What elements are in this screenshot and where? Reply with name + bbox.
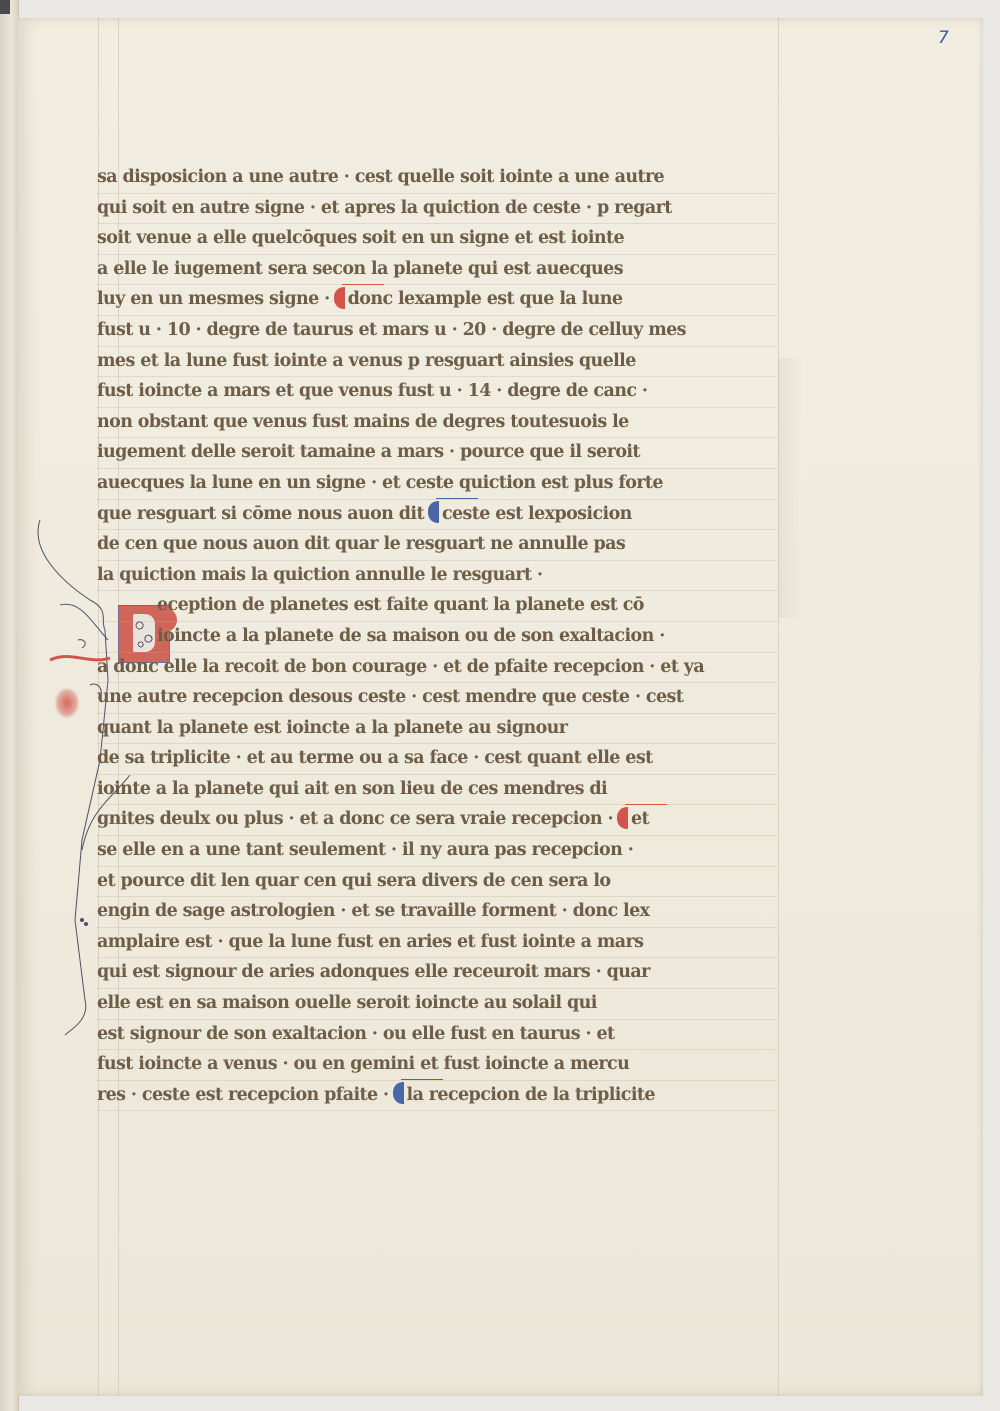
line-text: mes et la lune fust iointe a venus p res… bbox=[97, 347, 636, 377]
line-text: qui est signour de aries adonques elle r… bbox=[97, 958, 650, 988]
text-line-28: elle est en sa maison ouelle seroit ioin… bbox=[97, 989, 777, 1020]
line-text: res · ceste est recepcion pfaite · bbox=[97, 1081, 389, 1111]
ruling-line-right bbox=[778, 18, 779, 1396]
text-line-20: de sa triplicite · et au terme ou a sa f… bbox=[97, 744, 777, 775]
line-text: fust ioincte a venus · ou en gemini et f… bbox=[97, 1050, 629, 1080]
line-text: elle est en sa maison ouelle seroit ioin… bbox=[97, 989, 597, 1019]
folio-number: 7 bbox=[938, 28, 949, 48]
paragraph-mark-blue-icon bbox=[393, 1082, 404, 1104]
text-line-4: a elle le iugement sera secon la planete… bbox=[97, 255, 777, 286]
line-text: luy en un mesmes signe · bbox=[97, 285, 330, 315]
line-text: se elle en a une tant seulement · il ny … bbox=[97, 836, 633, 866]
text-line-8: fust ioincte a mars et que venus fust u … bbox=[97, 377, 777, 408]
line-text: a donc elle la recoit de bon courage · e… bbox=[97, 653, 704, 683]
text-line-1: sa disposicion a une autre · cest quelle… bbox=[97, 163, 777, 194]
text-line-18: une autre recepcion desous ceste · cest … bbox=[97, 683, 777, 714]
line-text: amplaire est · que la lune fust en aries… bbox=[97, 928, 643, 958]
text-line-23: se elle en a une tant seulement · il ny … bbox=[97, 836, 777, 867]
line-text: eception de planetes est faite quant la … bbox=[157, 591, 644, 621]
line-text: fust ioincte a mars et que venus fust u … bbox=[97, 377, 647, 407]
line-text: qui soit en autre signe · et apres la qu… bbox=[97, 194, 672, 224]
text-line-13: de cen que nous auon dit quar le resguar… bbox=[97, 530, 777, 561]
line-text: ioincte a la planete de sa maison ou de … bbox=[157, 622, 665, 652]
line-text: a elle le iugement sera secon la planete… bbox=[97, 255, 623, 285]
line-text: fust u · 10 · degre de taurus et mars u … bbox=[97, 316, 686, 346]
text-line-25: engin de sage astrologien · et se travai… bbox=[97, 897, 777, 928]
text-line-27: qui est signour de aries adonques elle r… bbox=[97, 958, 777, 989]
line-text: iointe a la planete qui ait en son lieu … bbox=[97, 775, 607, 805]
line-continuation: ceste est lexposicion bbox=[442, 504, 632, 524]
text-line-29: est signour de son exaltacion · ou elle … bbox=[97, 1020, 777, 1051]
adjacent-page-edge bbox=[0, 0, 19, 1411]
text-line-3: soit venue a elle quelcōques soit en un … bbox=[97, 224, 777, 255]
binding-corner bbox=[0, 0, 10, 14]
line-continuation: la recepcion de la triplicite bbox=[407, 1085, 655, 1105]
line-text: de sa triplicite · et au terme ou a sa f… bbox=[97, 744, 653, 774]
line-text: gnites deulx ou plus · et a donc ce sera… bbox=[97, 805, 613, 835]
text-line-24: et pource dit len quar cen qui sera dive… bbox=[97, 867, 777, 898]
line-text: de cen que nous auon dit quar le resguar… bbox=[97, 530, 625, 560]
ink-show-through bbox=[778, 358, 804, 618]
line-text: et pource dit len quar cen qui sera dive… bbox=[97, 867, 610, 897]
line-text: sa disposicion a une autre · cest quelle… bbox=[97, 163, 664, 193]
text-line-22: gnites deulx ou plus · et a donc ce sera… bbox=[97, 805, 777, 836]
line-text: quant la planete est ioincte a la planet… bbox=[97, 714, 567, 744]
line-continuation: et bbox=[631, 809, 649, 829]
text-line-9: non obstant que venus fust mains de degr… bbox=[97, 408, 777, 439]
paragraph-mark-blue-icon bbox=[428, 501, 439, 523]
red-ink-stain bbox=[55, 688, 79, 718]
text-line-26: amplaire est · que la lune fust en aries… bbox=[97, 928, 777, 959]
paragraph-mark-red-icon bbox=[334, 287, 345, 309]
text-line-6: fust u · 10 · degre de taurus et mars u … bbox=[97, 316, 777, 347]
line-continuation: donc lexample est que la lune bbox=[348, 289, 623, 309]
text-line-7: mes et la lune fust iointe a venus p res… bbox=[97, 347, 777, 378]
line-text: engin de sage astrologien · et se travai… bbox=[97, 897, 649, 927]
text-line-19: quant la planete est ioincte a la planet… bbox=[97, 714, 777, 745]
line-text: auecques la lune en un signe · et ceste … bbox=[97, 469, 663, 499]
line-text: non obstant que venus fust mains de degr… bbox=[97, 408, 629, 438]
text-line-14: la quiction mais la quiction annulle le … bbox=[97, 561, 777, 592]
paragraph-mark-red-icon bbox=[617, 807, 628, 829]
text-line-2: qui soit en autre signe · et apres la qu… bbox=[97, 194, 777, 225]
line-text: la quiction mais la quiction annulle le … bbox=[97, 561, 542, 591]
line-text: est signour de son exaltacion · ou elle … bbox=[97, 1020, 615, 1050]
text-line-21: iointe a la planete qui ait en son lieu … bbox=[97, 775, 777, 806]
text-line-12: que resguart si cōme nous auon ditceste … bbox=[97, 500, 777, 531]
text-block: sa disposicion a une autre · cest quelle… bbox=[97, 163, 777, 1111]
text-line-11: auecques la lune en un signe · et ceste … bbox=[97, 469, 777, 500]
text-line-10: iugement delle seroit tamaine a mars · p… bbox=[97, 438, 777, 469]
text-line-17: a donc elle la recoit de bon courage · e… bbox=[97, 653, 777, 684]
line-text: une autre recepcion desous ceste · cest … bbox=[97, 683, 683, 713]
text-line-30: fust ioincte a venus · ou en gemini et f… bbox=[97, 1050, 777, 1081]
line-text: iugement delle seroit tamaine a mars · p… bbox=[97, 438, 640, 468]
text-line-5: luy en un mesmes signe ·donc lexample es… bbox=[97, 285, 777, 316]
text-line-15: eception de planetes est faite quant la … bbox=[97, 591, 777, 622]
line-text: soit venue a elle quelcōques soit en un … bbox=[97, 224, 624, 254]
line-text: que resguart si cōme nous auon dit bbox=[97, 500, 424, 530]
text-line-16: ioincte a la planete de sa maison ou de … bbox=[97, 622, 777, 653]
text-line-31: res · ceste est recepcion pfaite ·la rec… bbox=[97, 1081, 777, 1112]
